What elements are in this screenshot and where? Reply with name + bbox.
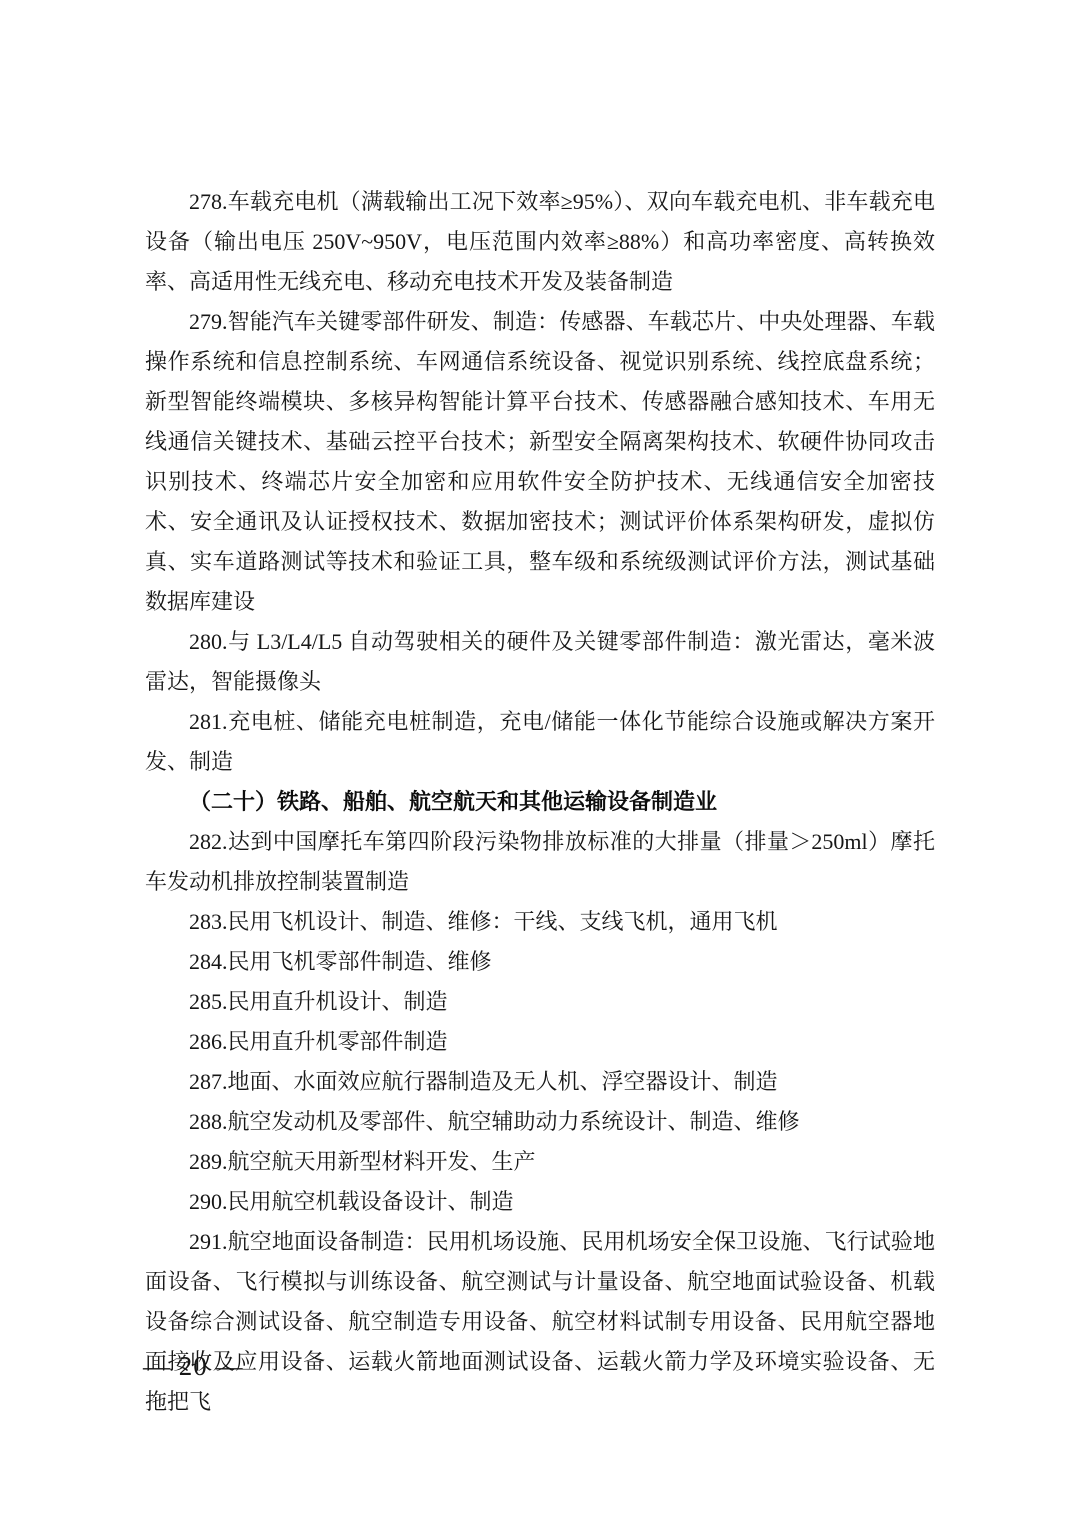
document-page: 278.车载充电机（满载输出工况下效率≥95%）、双向车载充电机、非车载充电设备… <box>0 0 1074 1520</box>
entry-289: 289.航空航天用新型材料开发、生产 <box>145 1142 935 1182</box>
entry-285: 285.民用直升机设计、制造 <box>145 982 935 1022</box>
entry-280: 280.与 L3/L4/L5 自动驾驶相关的硬件及关键零部件制造：激光雷达，毫米… <box>145 622 935 702</box>
entry-288: 288.航空发动机及零部件、航空辅助动力系统设计、制造、维修 <box>145 1102 935 1142</box>
entry-279: 279.智能汽车关键零部件研发、制造：传感器、车载芯片、中央处理器、车载操作系统… <box>145 302 935 622</box>
section-heading: （二十）铁路、船舶、航空航天和其他运输设备制造业 <box>145 782 935 822</box>
document-body: 278.车载充电机（满载输出工况下效率≥95%）、双向车载充电机、非车载充电设备… <box>145 182 935 1422</box>
entry-286: 286.民用直升机零部件制造 <box>145 1022 935 1062</box>
entry-290: 290.民用航空机载设备设计、制造 <box>145 1182 935 1222</box>
page-footer: — 20 — <box>143 1346 244 1386</box>
entry-282: 282.达到中国摩托车第四阶段污染物排放标准的大排量（排量＞250ml）摩托车发… <box>145 822 935 902</box>
entry-278: 278.车载充电机（满载输出工况下效率≥95%）、双向车载充电机、非车载充电设备… <box>145 182 935 302</box>
entry-291: 291.航空地面设备制造：民用机场设施、民用机场安全保卫设施、飞行试验地面设备、… <box>145 1222 935 1422</box>
entry-287: 287.地面、水面效应航行器制造及无人机、浮空器设计、制造 <box>145 1062 935 1102</box>
entry-283: 283.民用飞机设计、制造、维修：干线、支线飞机，通用飞机 <box>145 902 935 942</box>
entry-284: 284.民用飞机零部件制造、维修 <box>145 942 935 982</box>
entry-281: 281.充电桩、储能充电桩制造，充电/储能一体化节能综合设施或解决方案开发、制造 <box>145 702 935 782</box>
